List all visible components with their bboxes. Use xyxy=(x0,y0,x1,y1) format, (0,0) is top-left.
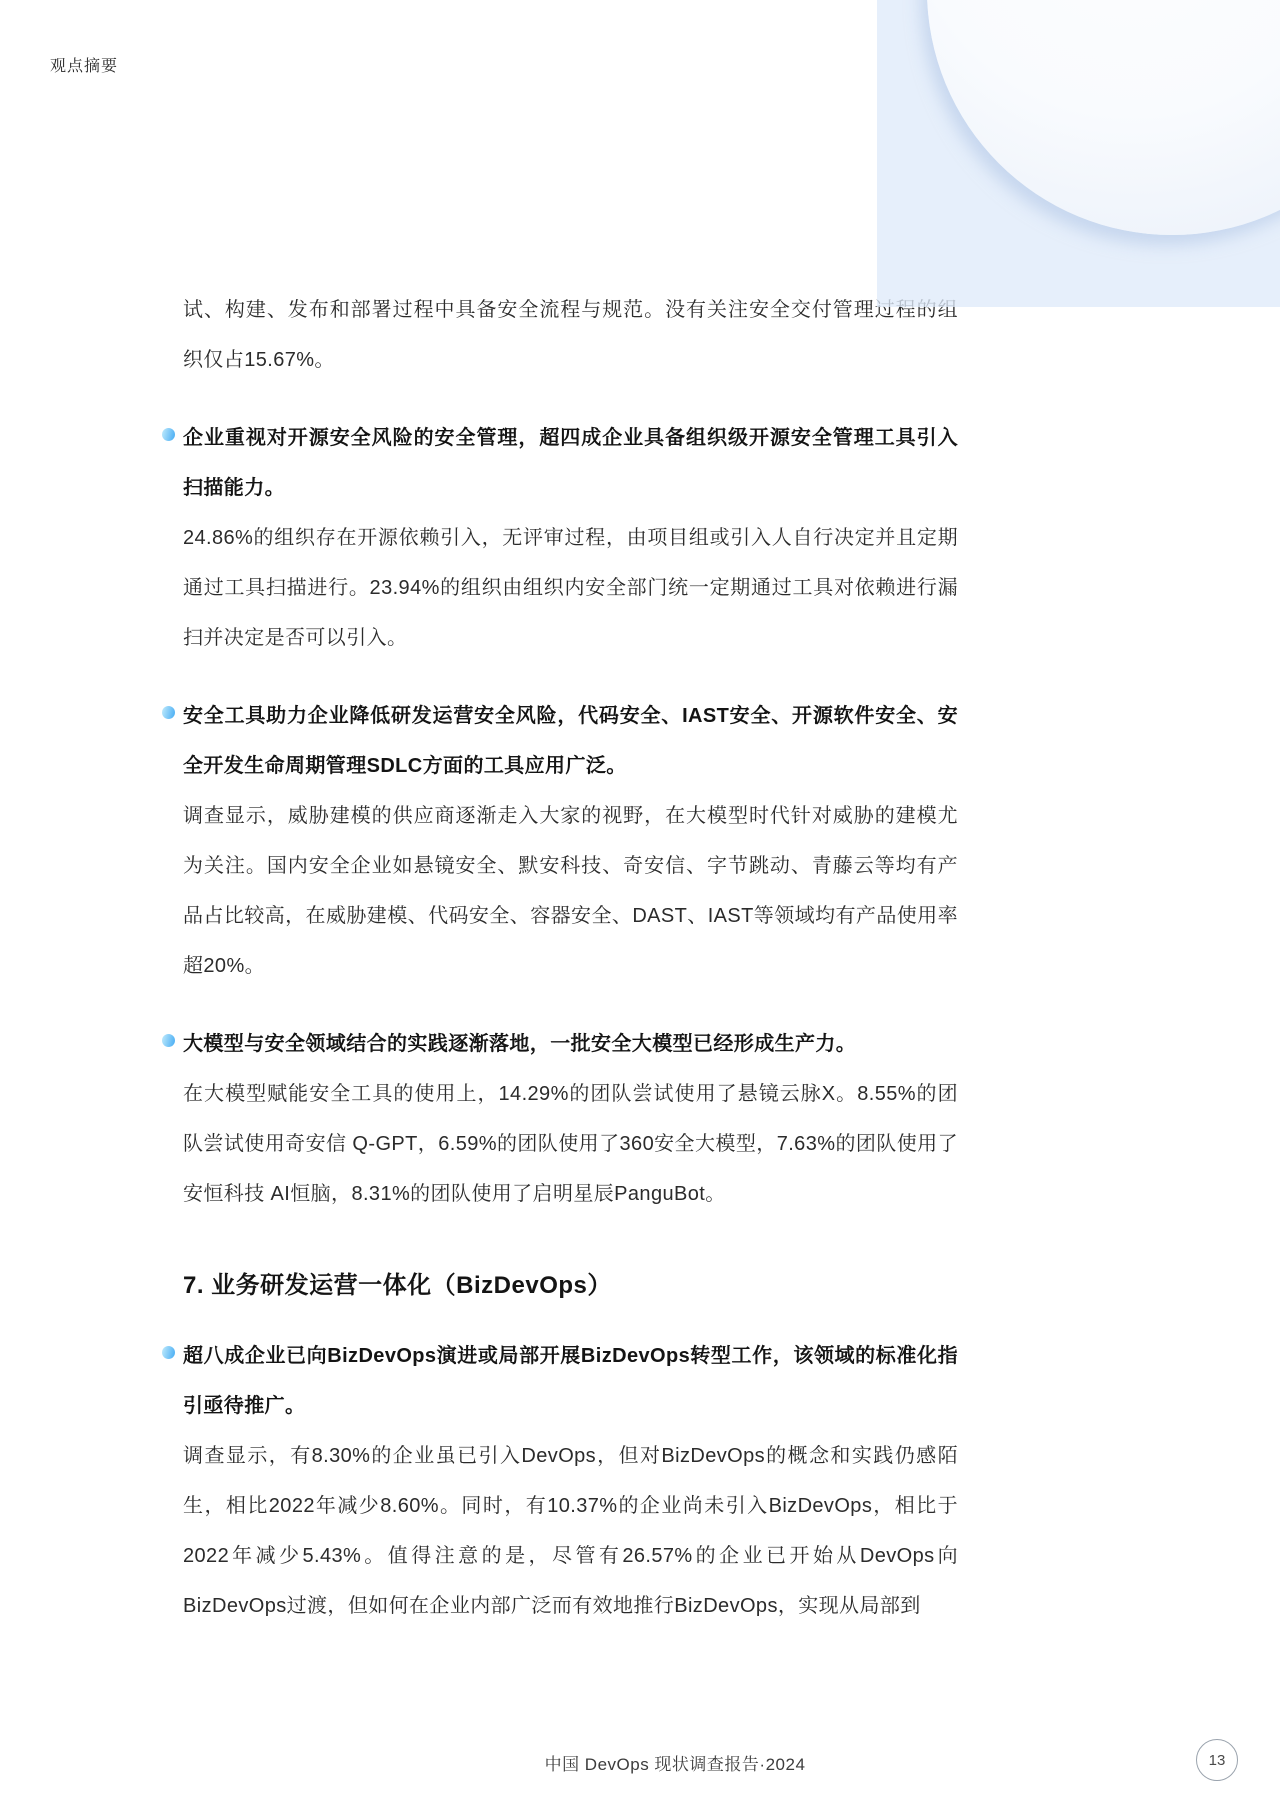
bullet-heading-text: 大模型与安全领域结合的实践逐渐落地，一批安全大模型已经形成生产力。 xyxy=(183,1019,958,1069)
bullet-icon xyxy=(162,1346,175,1359)
bullet-heading-text: 企业重视对开源安全风险的安全管理，超四成企业具备组织级开源安全管理工具引入扫描能… xyxy=(183,413,958,513)
page-number-badge: 13 xyxy=(1196,1739,1238,1781)
page-header-label: 观点摘要 xyxy=(50,53,118,76)
bullet-icon xyxy=(162,428,175,441)
document-page: 观点摘要 试、构建、发布和部署过程中具备安全流程与规范。没有关注安全交付管理过程… xyxy=(0,0,1280,1811)
bullet-item: 安全工具助力企业降低研发运营安全风险，代码安全、IAST安全、开源软件安全、安全… xyxy=(162,691,958,991)
decor-corner-shape xyxy=(877,0,1280,307)
bullet-body-text: 24.86%的组织存在开源依赖引入，无评审过程，由项目组或引入人自行决定并且定期… xyxy=(183,513,958,663)
bullet-icon xyxy=(162,1034,175,1047)
bullet-heading-text: 安全工具助力企业降低研发运营安全风险，代码安全、IAST安全、开源软件安全、安全… xyxy=(183,691,958,791)
bullet-body-text: 在大模型赋能安全工具的使用上，14.29%的团队尝试使用了悬镜云脉X。8.55%… xyxy=(183,1069,958,1219)
bullet-item: 大模型与安全领域结合的实践逐渐落地，一批安全大模型已经形成生产力。 在大模型赋能… xyxy=(162,1019,958,1219)
decor-circle xyxy=(927,0,1280,235)
page-number: 13 xyxy=(1209,1752,1226,1769)
bullet-icon xyxy=(162,706,175,719)
section-heading: 7. 业务研发运营一体化（BizDevOps） xyxy=(162,1269,958,1303)
intro-paragraph: 试、构建、发布和部署过程中具备安全流程与规范。没有关注安全交付管理过程的组织仅占… xyxy=(162,285,958,385)
bullet-body-text: 调查显示，威胁建模的供应商逐渐走入大家的视野，在大模型时代针对威胁的建模尤为关注… xyxy=(183,791,958,991)
bullet-body-text: 调查显示，有8.30%的企业虽已引入DevOps，但对BizDevOps的概念和… xyxy=(183,1431,958,1631)
bullet-item: 超八成企业已向BizDevOps演进或局部开展BizDevOps转型工作，该领域… xyxy=(162,1331,958,1631)
bullet-heading-text: 超八成企业已向BizDevOps演进或局部开展BizDevOps转型工作，该领域… xyxy=(183,1331,958,1431)
content-column: 试、构建、发布和部署过程中具备安全流程与规范。没有关注安全交付管理过程的组织仅占… xyxy=(162,285,958,1631)
bullet-item: 企业重视对开源安全风险的安全管理，超四成企业具备组织级开源安全管理工具引入扫描能… xyxy=(162,413,958,663)
footer-report-title: 中国 DevOps 现状调查报告·2024 xyxy=(480,1750,870,1775)
